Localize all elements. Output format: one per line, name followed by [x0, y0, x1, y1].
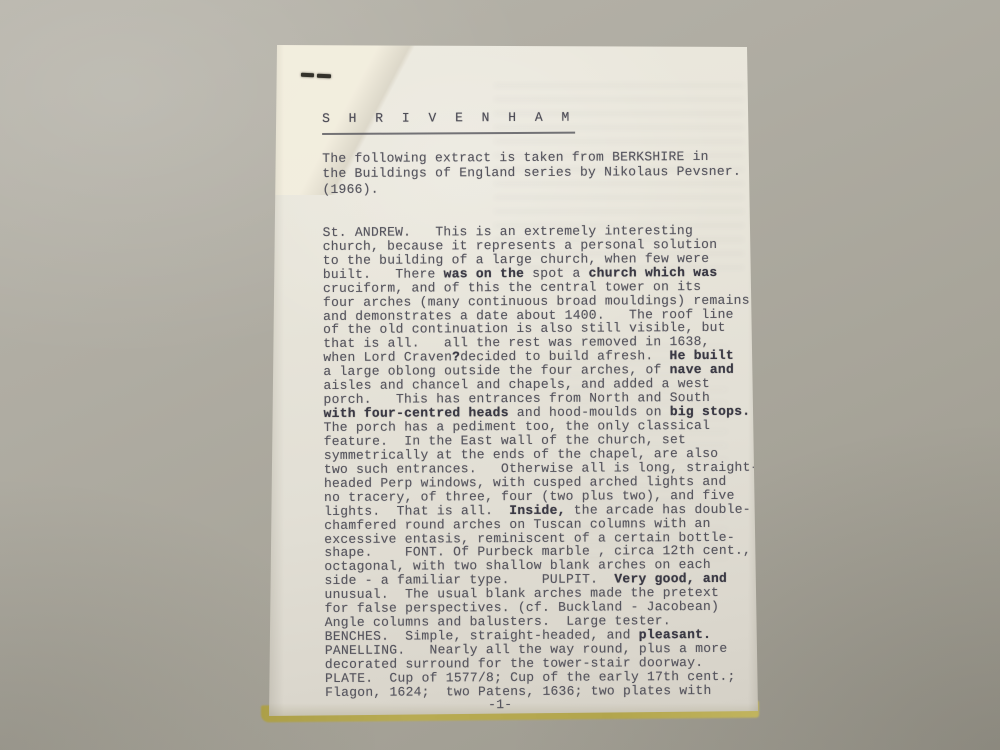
typed-line: (1966).: [322, 179, 754, 197]
staple-left-prong: [301, 73, 314, 77]
staple-right-prong: [317, 74, 331, 78]
paper-shading-left: [268, 45, 284, 717]
document-title: S H R I V E N H A M: [322, 110, 575, 126]
staple: [301, 71, 333, 81]
document-page: S H R I V E N H A M The following extrac…: [268, 45, 758, 717]
title-underline: S H R I V E N H A M: [322, 108, 575, 135]
typed-line: Flagon, 1624; two Patens, 1636; two plat…: [325, 684, 757, 700]
intro-paragraph: The following extract is taken from BERK…: [322, 149, 754, 197]
typed-content: S H R I V E N H A M The following extrac…: [322, 107, 757, 713]
body-paragraph: St. ANDREW. This is an extremely interes…: [323, 224, 757, 700]
typed-line: the Buildings of England series by Nikol…: [322, 164, 754, 182]
photo-background: S H R I V E N H A M The following extrac…: [0, 0, 1000, 750]
